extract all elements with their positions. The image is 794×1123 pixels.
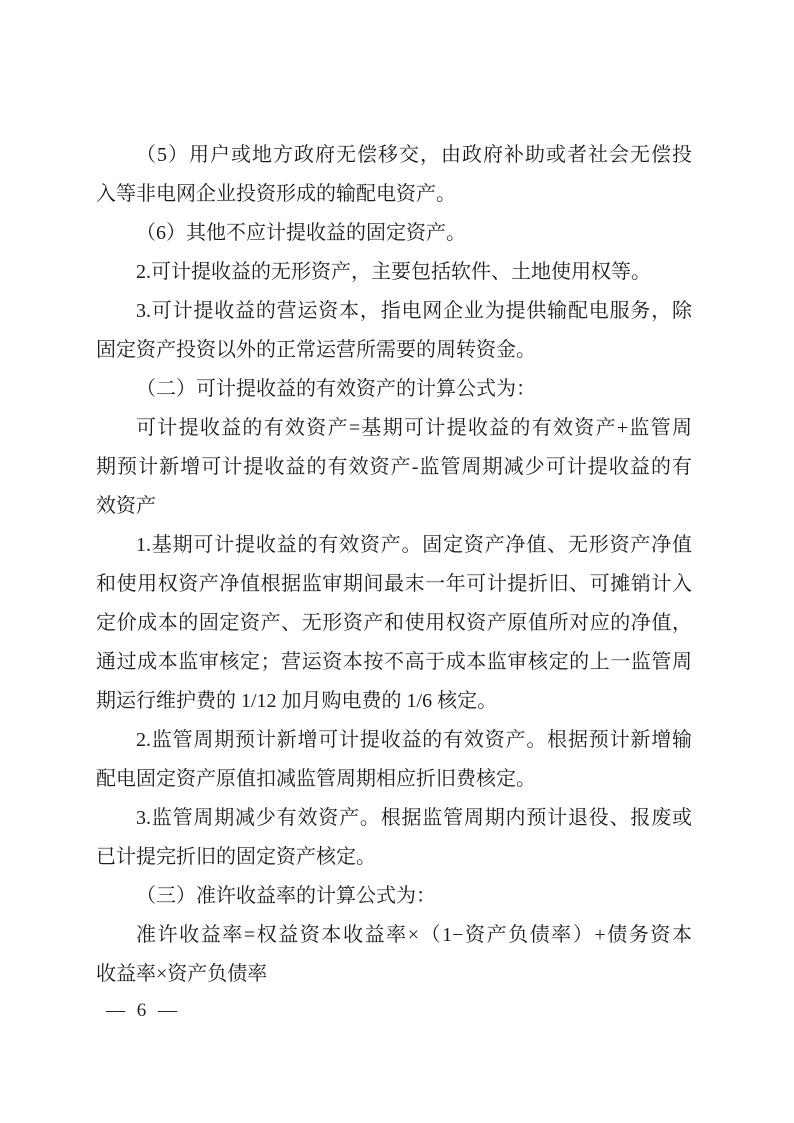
text-line: 可计提收益的有效资产=基期可计提收益的有效资产+监管周	[96, 409, 692, 448]
text-line: 配电固定资产原值扣减监管周期相应折旧费核定。	[96, 760, 692, 799]
text-line: 准许收益率=权益资本收益率×（1−资产负债率）+债务资本	[96, 916, 692, 955]
text-line: 已计提完折旧的固定资产核定。	[96, 838, 692, 877]
text-line: 2.可计提收益的无形资产，主要包括软件、土地使用权等。	[96, 253, 692, 292]
text-line: 3.可计提收益的营运资本，指电网企业为提供输配电服务，除	[96, 292, 692, 331]
text-line: 期预计新增可计提收益的有效资产-监管周期减少可计提收益的有	[96, 448, 692, 487]
text-line: （二）可计提收益的有效资产的计算公式为：	[96, 370, 692, 409]
text-line: 定价成本的固定资产、无形资产和使用权资产原值所对应的净值，	[96, 604, 692, 643]
page-number: — 6 —	[106, 1000, 178, 1022]
text-line: 2.监管周期预计新增可计提收益的有效资产。根据预计新增输	[96, 721, 692, 760]
text-line: （三）准许收益率的计算公式为：	[96, 877, 692, 916]
text-line: （5）用户或地方政府无偿移交，由政府补助或者社会无偿投	[96, 136, 692, 175]
document-body: （5）用户或地方政府无偿移交，由政府补助或者社会无偿投入等非电网企业投资形成的输…	[96, 136, 692, 994]
text-line: 固定资产投资以外的正常运营所需要的周转资金。	[96, 331, 692, 370]
text-line: 3.监管周期减少有效资产。根据监管周期内预计退役、报废或	[96, 799, 692, 838]
text-line: （6）其他不应计提收益的固定资产。	[96, 214, 692, 253]
text-line: 期运行维护费的 1/12 加月购电费的 1/6 核定。	[96, 682, 692, 721]
text-line: 和使用权资产净值根据监审期间最末一年可计提折旧、可摊销计入	[96, 565, 692, 604]
text-line: 效资产	[96, 487, 692, 526]
text-line: 通过成本监审核定；营运资本按不高于成本监审核定的上一监管周	[96, 643, 692, 682]
document-page: （5）用户或地方政府无偿移交，由政府补助或者社会无偿投入等非电网企业投资形成的输…	[0, 0, 794, 1123]
text-line: 收益率×资产负债率	[96, 955, 692, 994]
text-line: 入等非电网企业投资形成的输配电资产。	[96, 175, 692, 214]
text-line: 1.基期可计提收益的有效资产。固定资产净值、无形资产净值	[96, 526, 692, 565]
